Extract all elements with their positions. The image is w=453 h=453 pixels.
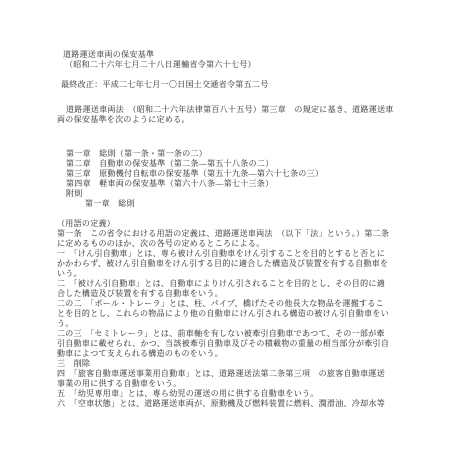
text-line: 第四章 軽車両の保安基準（第六十八条―第七十三条） [57, 179, 403, 189]
definitions-heading-block: （用語の定義） [57, 219, 403, 229]
document-title: 道路運送車両の保安基準 [57, 50, 403, 60]
text-line: に定めるもののほか、次の各号の定めるところによる。 [57, 239, 403, 249]
text-line: 動車によつて支えられる構造のものをいう。 [57, 349, 403, 359]
text-line: 事業の用に供する自動車をいう。 [57, 379, 403, 389]
text-line: 一 「けん引自動車」とは、専ら被けん引自動車をけん引することを目的とすると否とに [57, 249, 403, 259]
preamble-block: 道路運送車両法 （昭和二十六年法律第百八十五号）第三章 の規定に基き、道路運送車… [57, 105, 403, 125]
text-line: 両の保安基準を次のように定める。 [57, 115, 403, 125]
document-title-note: （昭和二十六年七月二十八日運輸省令第六十七号） [57, 60, 403, 70]
text-line: 第一条 この省令における用語の定義は、道路運送車両法 （以下「法」という。）第二… [57, 229, 403, 239]
text-line: 五 「幼児専用車」とは、専ら幼児の運送の用に供する自動車をいう。 [57, 389, 403, 399]
article-body-block: 第一条 この省令における用語の定義は、道路運送車両法 （以下「法」という。）第二… [57, 229, 403, 409]
text-line: 二の二 「ポール・トレーラ」とは、柱、パイプ、橋げたその他長大な物品を運搬するこ [57, 299, 403, 309]
last-amended-block: 最終改正：平成二七年七月一〇日国土交通省令第五二号 [57, 80, 403, 90]
text-line: かかわらず、被けん引自動車をけん引する目的に適合した構造及び装置を有する自動車を [57, 259, 403, 269]
text-line: 第一章 総則 [57, 199, 403, 209]
document-page: 道路運送車両の保安基準 （昭和二十六年七月二十八日運輸省令第六十七号） 最終改正… [0, 0, 453, 453]
text-line: とを目的とし、これらの物品により他の自動車にけん引される構造の被けん引自動車をい [57, 309, 403, 319]
text-line: 二 「被けん引自動車」とは、自動車によりけん引されることを目的とし、その目的に適 [57, 279, 403, 289]
text-line: 第一章 総則（第一条・第一条の二） [57, 149, 403, 159]
definitions-heading: （用語の定義） [57, 219, 403, 229]
text-line: 第二章 自動車の保安基準（第二条―第五十八条の二） [57, 159, 403, 169]
title-block: 道路運送車両の保安基準 （昭和二十六年七月二十八日運輸省令第六十七号） [57, 50, 403, 70]
text-line: 引自動車に載せられ、かつ、当該被牽引自動車及びその積載物の重量の相当部分が牽引自 [57, 339, 403, 349]
text-line: 道路運送車両法 （昭和二十六年法律第百八十五号）第三章 の規定に基き、道路運送車 [57, 105, 403, 115]
toc-block: 第一章 総則（第一条・第一条の二）第二章 自動車の保安基準（第二条―第五十八条の… [57, 149, 403, 209]
last-amended-line: 最終改正：平成二七年七月一〇日国土交通省令第五二号 [57, 80, 403, 90]
text-line: 第三章 原動機付自転車の保安基準（第五十九条―第六十七条の三） [57, 169, 403, 179]
text-line: 四 「旅客自動車運送事業用自動車」とは、道路運送法第二条第三項 の旅客自動車運送 [57, 369, 403, 379]
text-line: 附則 [57, 189, 403, 199]
text-line: 合した構造及び装置を有する自動車をいう。 [57, 289, 403, 299]
text-line: 六 「空車状態」とは、道路運送車両が、原動機及び燃料装置に燃料、潤滑油、冷却水等 [57, 399, 403, 409]
text-line: 三 削除 [57, 359, 403, 369]
text-line: う。 [57, 319, 403, 329]
text-line: 二の三 「セミトレーラ」とは、前車軸を有しない被牽引自動車であつて、その一部が牽 [57, 329, 403, 339]
text-line: いう。 [57, 269, 403, 279]
